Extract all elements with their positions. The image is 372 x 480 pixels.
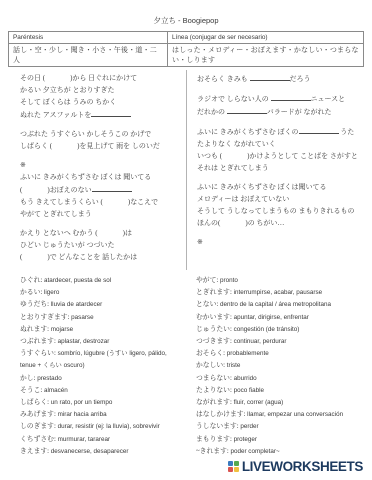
answer-blank-parenthesis[interactable]: ()	[95, 229, 125, 237]
vocab-meaning: aplastar, destrozar	[58, 338, 110, 345]
answer-blank-parenthesis[interactable]: ()	[20, 186, 50, 194]
worksheet-page: 夕立ち - Boogiepop Paréntesis Línea (conjug…	[0, 0, 372, 480]
vocab-term: うすぐらい:	[20, 350, 58, 357]
lyric-line: やがて とぎれてしまう	[20, 208, 182, 220]
vocab-entry: うすぐらい: sombrío, lúgubre (うすい ligero, pál…	[20, 348, 184, 372]
logo-square	[234, 461, 239, 466]
vocab-entry: ゆうだち: lluvia de atardecer	[20, 299, 184, 311]
lyric-line: メロディーは おぼえていない	[197, 193, 368, 205]
vocab-entry: かるい: ligero	[20, 287, 184, 299]
word-bank-words-parentesis: 話し・空・少し・聞き・小さ・午後・道・二人	[9, 44, 168, 67]
vocab-meaning: perder	[240, 423, 258, 430]
vocab-entry: かし: prestado	[20, 373, 184, 385]
vocab-column-right: やがて: prontoとぎれます: interrumpirse, acabar,…	[186, 275, 372, 458]
vocab-term: とおりすぎます:	[20, 314, 71, 321]
vocab-entry: しばらく: un rato, por un tiempo	[20, 397, 184, 409]
vocab-meaning: probablemente	[227, 350, 269, 357]
lyric-line: かるい 夕立ちが とおりすぎた	[20, 84, 182, 96]
vocab-entry: そうこ: almacén	[20, 385, 184, 397]
lyric-stanza: ふいに きみがくちずさむ ぼくの うたたよりなく ながれていくいつも ()かけよ…	[197, 125, 368, 174]
vocab-entry: ~きれます: poder completar~	[196, 446, 370, 458]
vocab-meaning: desvanecerse, desaparecer	[51, 448, 129, 455]
lyric-line: ふいに きみがくちずさむ ぼくは聞いてる	[197, 181, 368, 193]
answer-blank-parenthesis[interactable]: ()	[20, 253, 50, 261]
lyric-line: もう きえてしまうくらい ()なこえで	[20, 196, 182, 208]
lyric-line: ()おぼえのない	[20, 183, 182, 196]
vocab-meaning: atardecer, puesta de sol	[44, 277, 111, 284]
answer-blank-underline[interactable]	[91, 108, 131, 117]
vocab-meaning: durar, resistir (ej: la lluvia), sobrevi…	[58, 423, 160, 430]
answer-blank-parenthesis[interactable]: ()	[218, 219, 248, 227]
vocab-term: そうこ:	[20, 387, 44, 394]
vocab-entry: やがて: pronto	[196, 275, 370, 287]
vocabulary-section: ひぐれ: atardecer, puesta de solかるい: ligero…	[0, 275, 372, 458]
lyric-line: たよりなく ながれていく	[197, 138, 368, 150]
vocab-entry: みあげます: mirar hacia arriba	[20, 409, 184, 421]
lyric-stanza: その日 ()から 日ぐれにかけてかるい 夕立ちが とおりすぎたそして ぼくらは …	[20, 72, 182, 121]
vocab-meaning: fluir, correr (agua)	[234, 399, 284, 406]
footer: LIVEWORKSHEETS	[228, 459, 363, 474]
lyric-line: ラジオで しらない人の ニュースと	[197, 92, 368, 105]
vocab-entry: つぶれます: aplastar, destrozar	[20, 336, 184, 348]
vocab-entry: たよりない: poco fiable	[196, 385, 370, 397]
vocab-meaning: dentro de la capital / área metropolitan…	[220, 301, 331, 308]
lyric-line: ※	[197, 236, 368, 248]
vocab-term: かし:	[20, 375, 37, 382]
vocab-meaning: almacén	[44, 387, 68, 394]
lyric-line: ふいに きみがくちずさむ ぼくは 聞いてる	[20, 171, 182, 183]
vocab-term: おそらく:	[196, 350, 227, 357]
vocab-entry: しのぎます: durar, resistir (ej: la lluvia), …	[20, 421, 184, 433]
vocab-meaning: aburrido	[234, 375, 257, 382]
lyric-stanza: かえり とないへ むかう ()はひどい じゅうたいが つづいた()で どんなこと…	[20, 227, 182, 263]
answer-blank-parenthesis[interactable]: ()	[43, 74, 73, 82]
lyric-line: ほんの()の ちがい…	[197, 217, 368, 229]
vocab-term: やがて:	[196, 277, 220, 284]
liveworksheets-brand: LIVEWORKSHEETS	[242, 459, 363, 474]
lyric-stanza: おそらく きみも だろう	[197, 72, 368, 85]
worksheet-title: 夕立ち - Boogiepop	[0, 0, 372, 26]
vocab-meaning: prestado	[37, 375, 62, 382]
vocab-term: とない:	[196, 301, 220, 308]
vocab-term: はなしかけます:	[196, 411, 247, 418]
vocab-meaning: murmurar, tararear	[58, 436, 111, 443]
lyric-line: それは とぎれてしまう	[197, 162, 368, 174]
vocab-term: とぎれます:	[196, 289, 234, 296]
vocab-meaning: llamar, empezar una conversación	[247, 411, 343, 418]
vocab-term: きえます:	[20, 448, 51, 455]
vocab-meaning: poco fiable	[234, 387, 264, 394]
vocab-meaning: proteger	[234, 436, 257, 443]
lyric-stanza: つぶれた うすぐらい かしそうこの かげでしばらく ()を見上げて 雨を しのい…	[20, 128, 182, 152]
vocab-meaning: congestión (de tránsito)	[234, 326, 300, 333]
lyric-stanza: ※	[197, 236, 368, 248]
logo-square	[228, 467, 233, 472]
lyric-line: ぬれた アスファルトを	[20, 108, 182, 121]
vocab-meaning: ligero	[44, 289, 59, 296]
vocab-term: くちずさむ:	[20, 436, 58, 443]
vocab-term: しのぎます:	[20, 423, 58, 430]
vocab-entry: じゅうたい: congestión (de tránsito)	[196, 324, 370, 336]
vocab-term: かなしい:	[196, 362, 227, 369]
word-bank-header-linea: Línea (conjugar de ser necesario)	[168, 32, 364, 44]
vocab-meaning: poder completar~	[230, 448, 279, 455]
vocab-term: つまらない:	[196, 375, 234, 382]
lyrics-section: その日 ()から 日ぐれにかけてかるい 夕立ちが とおりすぎたそして ぼくらは …	[0, 70, 372, 270]
vocab-meaning: mojarse	[51, 326, 73, 333]
lyric-line: ふいに きみがくちずさむ ぼくの うた	[197, 125, 368, 138]
answer-blank-underline[interactable]	[250, 72, 290, 81]
lyrics-column-right: おそらく きみも だろうラジオで しらない人の ニュースとだれかの バラードが …	[186, 70, 372, 270]
vocab-term: ひぐれ:	[20, 277, 44, 284]
vocab-entry: おそらく: probablemente	[196, 348, 370, 360]
vocab-entry: むかいます: apuntar, dirigirse, enfrentar	[196, 312, 370, 324]
answer-blank-underline[interactable]	[271, 92, 311, 101]
vocab-entry: とぎれます: interrumpirse, acabar, pausarse	[196, 287, 370, 299]
vocab-entry: とおりすぎます: pasarse	[20, 312, 184, 324]
logo-square	[228, 461, 233, 466]
vocab-meaning: continuar, perdurar	[234, 338, 287, 345]
lyric-stanza: ふいに きみがくちずさむ ぼくは聞いてるメロディーは おぼえていないそうして う…	[197, 181, 368, 229]
word-bank-table: Paréntesis Línea (conjugar de ser necesa…	[8, 31, 364, 67]
answer-blank-underline[interactable]	[227, 105, 267, 114]
vocab-entry: とない: dentro de la capital / área metropo…	[196, 299, 370, 311]
answer-blank-parenthesis[interactable]: ()	[101, 198, 131, 206]
logo-square	[234, 467, 239, 472]
vocab-meaning: apuntar, dirigirse, enfrentar	[234, 314, 309, 321]
vocab-entry: ぬれます: mojarse	[20, 324, 184, 336]
lyric-line: かえり とないへ むかう ()は	[20, 227, 182, 239]
vocab-term: ゆうだち:	[20, 301, 51, 308]
vocab-term: つづきます:	[196, 338, 234, 345]
vocab-meaning: interrumpirse, acabar, pausarse	[234, 289, 323, 296]
lyric-line: だれかの バラードが ながれた	[197, 105, 368, 118]
vocab-entry: うしないます: perder	[196, 421, 370, 433]
vocab-term: むかいます:	[196, 314, 234, 321]
word-bank-header-parentesis: Paréntesis	[9, 32, 168, 44]
vocab-term: ぬれます:	[20, 326, 51, 333]
vocab-column-left: ひぐれ: atardecer, puesta de solかるい: ligero…	[0, 275, 186, 458]
vocab-entry: きえます: desvanecerse, desaparecer	[20, 446, 184, 458]
vocab-entry: かなしい: triste	[196, 360, 370, 372]
lyric-line: いつも ()かけようとして ことばを さがすと	[197, 150, 368, 162]
word-bank-words-linea: はしった・メロディー・おぼえます・かなしい・つまらない・しります	[168, 44, 364, 67]
lyric-line: そうして うしなってしまうもの まもりきれるもの	[197, 205, 368, 217]
vocab-term: ながれます:	[196, 399, 234, 406]
vocab-entry: つづきます: continuar, perdurar	[196, 336, 370, 348]
liveworksheets-logo-icon	[228, 461, 239, 472]
lyric-line: そして ぼくらは うみの ちかく	[20, 96, 182, 108]
lyric-line: しばらく ()を見上げて 雨を しのいだ	[20, 140, 182, 152]
vocab-entry: まもります: proteger	[196, 434, 370, 446]
lyric-line: ※	[20, 159, 182, 171]
answer-blank-parenthesis[interactable]: ()	[50, 142, 80, 150]
lyric-line: ひどい じゅうたいが つづいた	[20, 239, 182, 251]
answer-blank-parenthesis[interactable]: ()	[220, 152, 250, 160]
vocab-term: じゅうたい:	[196, 326, 234, 333]
vocab-term: うしないます:	[196, 423, 240, 430]
vocab-term: まもります:	[196, 436, 234, 443]
vocab-term: たよりない:	[196, 387, 234, 394]
vocab-term: つぶれます:	[20, 338, 58, 345]
vocab-entry: つまらない: aburrido	[196, 373, 370, 385]
vocab-term: みあげます:	[20, 411, 58, 418]
vocab-meaning: triste	[227, 362, 241, 369]
vocab-entry: くちずさむ: murmurar, tararear	[20, 434, 184, 446]
vocab-meaning: mirar hacia arriba	[58, 411, 107, 418]
lyric-stanza: ※ふいに きみがくちずさむ ぼくは 聞いてる()おぼえのないもう きえてしまうく…	[20, 159, 182, 220]
lyric-line: ()で どんなことを 話したかは	[20, 251, 182, 263]
vocab-meaning: un rato, por un tiempo	[51, 399, 113, 406]
vocab-term: しばらく:	[20, 399, 51, 406]
vocab-term: かるい:	[20, 289, 44, 296]
lyrics-column-left: その日 ()から 日ぐれにかけてかるい 夕立ちが とおりすぎたそして ぼくらは …	[0, 70, 186, 270]
vocab-term: ~きれます:	[196, 448, 230, 455]
lyric-stanza: ラジオで しらない人の ニュースとだれかの バラードが ながれた	[197, 92, 368, 118]
vocab-entry: ながれます: fluir, correr (agua)	[196, 397, 370, 409]
vocab-meaning: pasarse	[71, 314, 93, 321]
lyric-line: つぶれた うすぐらい かしそうこの かげで	[20, 128, 182, 140]
vocab-entry: はなしかけます: llamar, empezar una conversació…	[196, 409, 370, 421]
lyric-line: おそらく きみも だろう	[197, 72, 368, 85]
lyric-line: その日 ()から 日ぐれにかけて	[20, 72, 182, 84]
vocab-entry: ひぐれ: atardecer, puesta de sol	[20, 275, 184, 287]
answer-blank-underline[interactable]	[92, 183, 132, 192]
vocab-meaning: pronto	[220, 277, 238, 284]
vocab-meaning: lluvia de atardecer	[51, 301, 102, 308]
answer-blank-underline[interactable]	[299, 125, 339, 134]
